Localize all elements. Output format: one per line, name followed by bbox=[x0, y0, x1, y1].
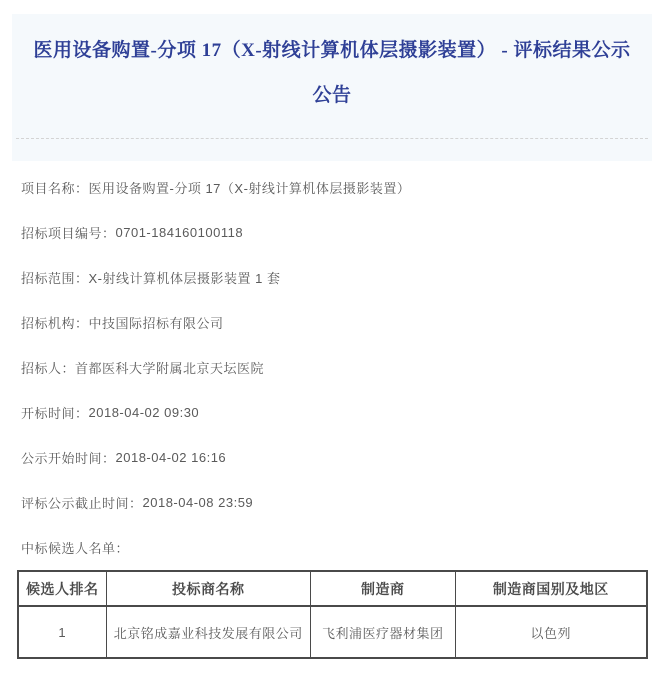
field-row-tenderee: 招标人：首都医科大学附属北京天坛医院 bbox=[21, 345, 652, 390]
cell-bidder-name: 北京铭成嘉业科技发展有限公司 bbox=[106, 606, 310, 658]
candidate-list-heading: 中标候选人名单： bbox=[21, 525, 652, 570]
field-row-tender-scope: 招标范围：X-射线计算机体层摄影装置 1 套 bbox=[21, 255, 652, 300]
field-label: 招标机构： bbox=[21, 313, 89, 332]
table-header-row: 候选人排名 投标商名称 制造商 制造商国别及地区 bbox=[18, 571, 647, 606]
announcement-header: 医用设备购置-分项 17（X-射线计算机体层摄影装置） - 评标结果公示公告 bbox=[12, 14, 652, 161]
field-label: 招标人： bbox=[21, 358, 75, 377]
field-value: 2018-04-08 23:59 bbox=[143, 495, 254, 510]
field-value: X-射线计算机体层摄影装置 1 套 bbox=[89, 268, 281, 287]
field-row-project-name: 项目名称：医用设备购置-分项 17（X-射线计算机体层摄影装置） bbox=[21, 165, 652, 210]
field-value: 医用设备购置-分项 17（X-射线计算机体层摄影装置） bbox=[89, 178, 411, 197]
field-value: 中技国际招标有限公司 bbox=[89, 313, 224, 332]
field-row-publicity-end-time: 评标公示截止时间：2018-04-08 23:59 bbox=[21, 480, 652, 525]
page-title: 医用设备购置-分项 17（X-射线计算机体层摄影装置） - 评标结果公示公告 bbox=[32, 28, 632, 118]
table-row: 1 北京铭成嘉业科技发展有限公司 飞利浦医疗器材集团 以色列 bbox=[18, 606, 647, 658]
field-row-bid-opening-time: 开标时间：2018-04-02 09:30 bbox=[21, 390, 652, 435]
header-spacer bbox=[12, 139, 652, 161]
field-label: 公示开始时间： bbox=[21, 448, 116, 467]
field-label: 开标时间： bbox=[21, 403, 89, 422]
table-header-manufacturer: 制造商 bbox=[310, 571, 455, 606]
field-row-publicity-start-time: 公示开始时间：2018-04-02 16:16 bbox=[21, 435, 652, 480]
field-value: 2018-04-02 09:30 bbox=[89, 405, 200, 420]
field-value: 首都医科大学附属北京天坛医院 bbox=[75, 358, 264, 377]
table-header-bidder-name: 投标商名称 bbox=[106, 571, 310, 606]
candidate-table: 候选人排名 投标商名称 制造商 制造商国别及地区 1 北京铭成嘉业科技发展有限公… bbox=[17, 570, 648, 659]
field-value: 0701-184160100118 bbox=[116, 225, 244, 240]
cell-manufacturer-country: 以色列 bbox=[455, 606, 647, 658]
field-label: 招标范围： bbox=[21, 268, 89, 287]
cell-rank: 1 bbox=[18, 606, 106, 658]
field-value: 2018-04-02 16:16 bbox=[116, 450, 227, 465]
field-label: 招标项目编号： bbox=[21, 223, 116, 242]
cell-manufacturer: 飞利浦医疗器材集团 bbox=[310, 606, 455, 658]
field-label: 评标公示截止时间： bbox=[21, 493, 143, 512]
field-row-tender-number: 招标项目编号：0701-184160100118 bbox=[21, 210, 652, 255]
field-label: 项目名称： bbox=[21, 178, 89, 197]
field-row-tender-agency: 招标机构：中技国际招标有限公司 bbox=[21, 300, 652, 345]
table-header-manufacturer-country: 制造商国别及地区 bbox=[455, 571, 647, 606]
table-header-rank: 候选人排名 bbox=[18, 571, 106, 606]
announcement-body: 项目名称：医用设备购置-分项 17（X-射线计算机体层摄影装置） 招标项目编号：… bbox=[12, 161, 652, 659]
announcement-page: 医用设备购置-分项 17（X-射线计算机体层摄影装置） - 评标结果公示公告 项… bbox=[0, 0, 664, 700]
